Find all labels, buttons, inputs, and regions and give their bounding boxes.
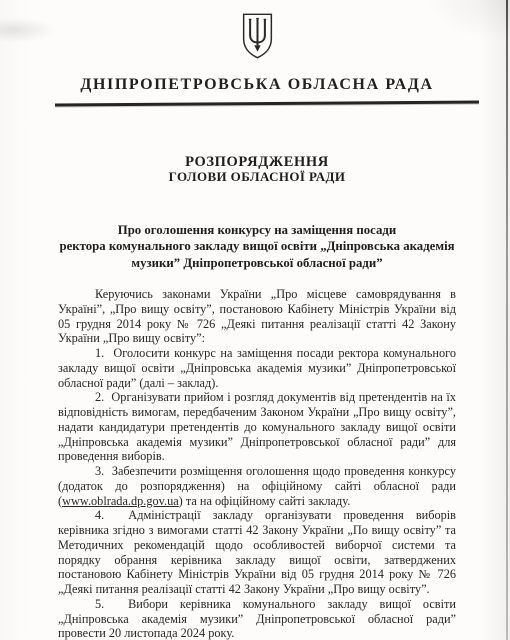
org-name-title: ДНІПРОПЕТРОВСЬКА ОБЛАСНА РАДА [58,76,456,94]
doc-type-heading: РОЗПОРЯДЖЕННЯ ГОЛОВИ ОБЛАСНОЇ РАДИ [58,154,456,185]
item-3-paragraph: 3. Забезпечити розміщення оголошення щод… [58,464,456,508]
intro-paragraph: Керуючись законами України „Про місцеве … [58,287,456,346]
ukraine-trident-emblem-icon [239,12,276,60]
subject-line-1: Про оголошення конкурсу на заміщення пос… [58,222,456,238]
item-5-paragraph: 5. Вибори керівника комунального закладу… [58,597,456,640]
item-3-text-after-url: ) та на офіційному сайті закладу. [179,494,351,508]
subject-line-3: музики” Дніпропетровської обласної ради” [58,255,456,271]
item-1-paragraph: 1. Оголосити конкурс на заміщення посади… [58,346,456,390]
doc-type-line1: РОЗПОРЯДЖЕННЯ [58,154,456,170]
subject-line-2: ректора комунального закладу вищої освіт… [58,238,456,254]
item-2-paragraph: 2. Організувати прийом і розгляд докумен… [58,390,456,464]
header-rule [55,101,479,107]
subject-heading: Про оголошення конкурсу на заміщення пос… [58,222,456,271]
oblrada-website-url: www.oblrada.dp.gov.ua [62,494,179,508]
item-4-paragraph: 4. Адміністрації закладу організувати пр… [58,508,456,597]
document-body: Керуючись законами України „Про місцеве … [58,287,456,640]
document-content: ДНІПРОПЕТРОВСЬКА ОБЛАСНА РАДА РОЗПОРЯДЖЕ… [0,0,510,640]
doc-type-line2: ГОЛОВИ ОБЛАСНОЇ РАДИ [58,170,456,185]
document-page: ДНІПРОПЕТРОВСЬКА ОБЛАСНА РАДА РОЗПОРЯДЖЕ… [0,0,510,640]
